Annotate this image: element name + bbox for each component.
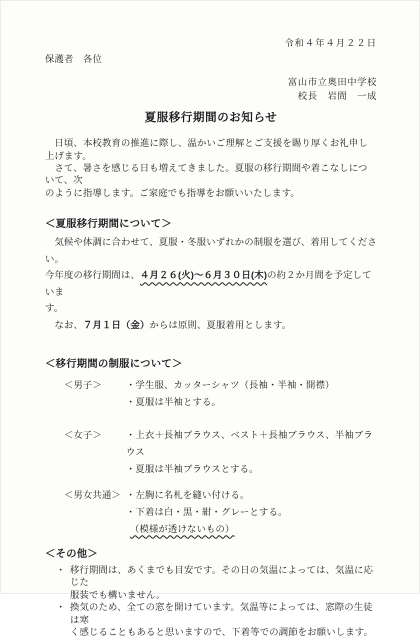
bullet-marker: ・ [56,601,70,639]
school-name: 富山市立奥田中学校 [45,76,377,88]
transition-date-range: ４月２６(火)～６月３０日(木) [140,270,267,280]
underwear-note: （模様が透けないもの） [130,521,377,538]
other-bullet-2-text: 換気のため、全ての窓を開けています。気温等によっては、窓際の生徒は寒 く感じるこ… [70,601,377,639]
group-label-boys: ＜男子＞ [64,377,126,411]
intro-line-2: さて、暑さを感じる日も増えてきました。夏服の移行期間や着こなしについて、次 [45,162,377,187]
other-bullet-1-line-2: 服装でも構いません。 [70,589,377,602]
bullet-marker: ・ [56,564,70,602]
uniform-group-girls: ＜女子＞ ・上衣＋長袖ブラウス、ベスト＋長袖ブラウス、半袖ブラウス ・夏服は半袖… [64,427,377,478]
summer-start-line: なお、７月１日（金）からは原則、夏服着用とします。 [45,317,377,334]
common-item-1: ・左胸に名札を縫い付ける。 [126,487,377,504]
other-bullet-2-line-2: く感じることもあると思いますので、下着等での調節をお願いします。 [70,626,377,639]
boys-item-1: ・学生服、カッターシャツ（長袖・半袖・開襟） [126,377,377,394]
summer-start-post: からは原則、夏服着用とします。 [149,320,291,330]
common-item-2: ・下着は白・黒・紺・グレーとする。 [126,504,377,521]
other-bullet-1-line-1: 移行期間は、あくまでも目安です。その日の気温によっては、気温に応じた [70,564,377,589]
uniform-groups: ＜男子＞ ・学生服、カッターシャツ（長袖・半袖・開襟） ・夏服は半袖とする。 ＜… [64,377,377,538]
transition-period-pre: 今年度の移行期間は、 [45,270,140,280]
group-items-common: ・左胸に名札を縫い付ける。 ・下着は白・黒・紺・グレーとする。 （模様が透けない… [126,487,377,538]
section-other: ・ 移行期間は、あくまでも目安です。その日の気温によっては、気温に応じた 服装で… [45,564,377,639]
group-items-girls: ・上衣＋長袖ブラウス、ベスト＋長袖ブラウス、半袖ブラウス ・夏服は半袖ブラウスと… [126,427,377,478]
group-label-common: ＜男女共通＞ [64,487,126,538]
transition-period-line: 今年度の移行期間は、４月２６(火)～６月３０日(木)の約２か月間を予定していま [45,267,377,300]
summer-start-pre: なお、 [45,320,83,330]
summer-start-date: ７月１日（金） [83,320,149,330]
boys-item-2: ・夏服は半袖とする。 [126,394,377,411]
section-heading-other: ＜その他＞ [45,549,377,561]
intro-line-3: のように指導します。ご家庭でも指導をお願いいたします。 [45,187,377,199]
uniform-group-boys: ＜男子＞ ・学生服、カッターシャツ（長袖・半袖・開襟） ・夏服は半袖とする。 [64,377,377,411]
other-bullet-1-text: 移行期間は、あくまでも目安です。その日の気温によっては、気温に応じた 服装でも構… [70,564,377,602]
group-label-girls: ＜女子＞ [64,427,126,478]
recipient-line: 保護者 各位 [45,53,377,65]
issue-date: 令和４年４月２２日 [45,37,377,49]
girls-item-1: ・上衣＋長袖ブラウス、ベスト＋長袖ブラウス、半袖ブラウス [126,427,377,461]
principal-name: 校長 岩間 一成 [45,90,377,102]
intro-paragraph: 日頃、本校教育の推進に際し、温かいご理解とご支援を賜り厚くお礼申し上げます。 さ… [45,137,377,198]
notice-document: 令和４年４月２２日 保護者 各位 富山市立奥田中学校 校長 岩間 一成 夏服移行… [0,0,420,594]
uniform-group-common: ＜男女共通＞ ・左胸に名札を縫い付ける。 ・下着は白・黒・紺・グレーとする。 （… [64,487,377,538]
page-title: 夏服移行期間のお知らせ [45,112,377,124]
section-heading-uniforms: ＜移行期間の制服について＞ [45,359,377,371]
intro-line-1: 日頃、本校教育の推進に際し、温かいご理解とご支援を賜り厚くお礼申し上げます。 [45,137,377,162]
girls-item-2: ・夏服は半袖ブラウスとする。 [126,461,377,478]
other-bullet-1: ・ 移行期間は、あくまでも目安です。その日の気温によっては、気温に応じた 服装で… [45,564,377,602]
transition-period-wrap-line: す。 [45,300,377,317]
section-heading-transition-period: ＜夏服移行期間について＞ [45,219,377,231]
group-items-boys: ・学生服、カッターシャツ（長袖・半袖・開襟） ・夏服は半袖とする。 [126,377,377,411]
other-bullet-2: ・ 換気のため、全ての窓を開けています。気温等によっては、窓際の生徒は寒 く感じ… [45,601,377,639]
other-bullet-2-line-1: 換気のため、全ての窓を開けています。気温等によっては、窓際の生徒は寒 [70,601,377,626]
transition-guidance-line: 気候や体調に合わせて、夏服・冬服いずれかの制服を選び、着用してください。 [45,234,377,267]
section-transition-period: 気候や体調に合わせて、夏服・冬服いずれかの制服を選び、着用してください。 今年度… [45,234,377,333]
